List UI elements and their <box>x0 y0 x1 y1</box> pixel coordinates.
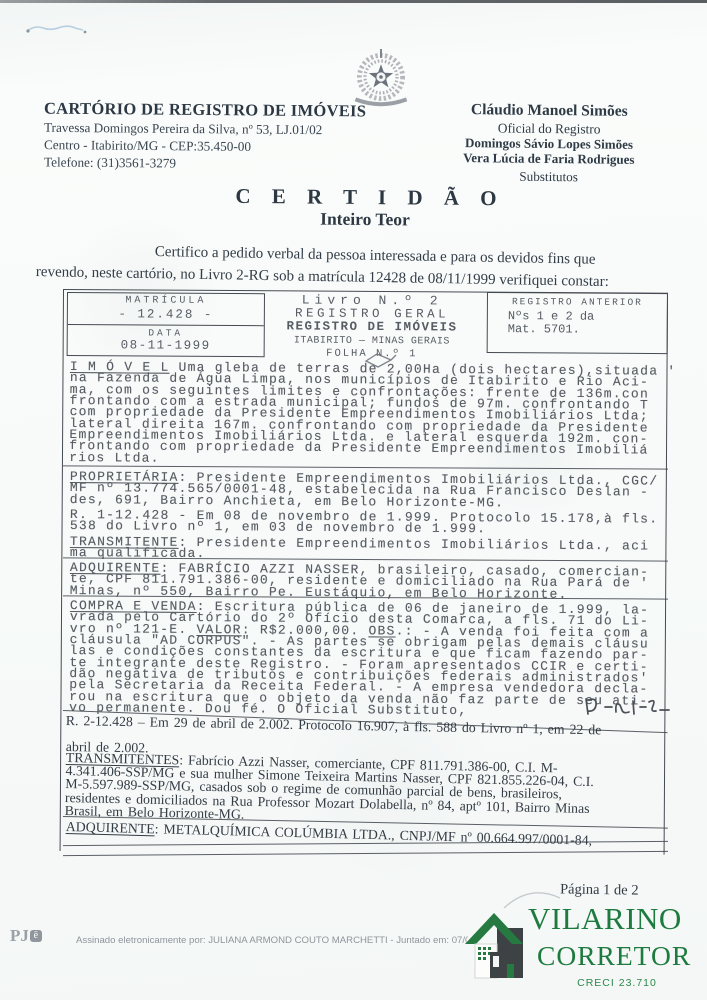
data-cell: DATA 08-11-1999 <box>68 325 264 353</box>
brand-creci: CRECI 23.710 <box>528 977 706 989</box>
cartorio-address-line-1: Travessa Domingos Pereira da Silva, nº 5… <box>44 120 322 138</box>
purchase-sale-section: COMPRA E VENDA: Escritura pública de 06 … <box>69 600 670 718</box>
data-label: DATA <box>68 325 264 339</box>
data-value: 08-11-1999 <box>68 338 264 353</box>
officer-block: Cláudio Manoel Simões Oficial do Registr… <box>415 101 684 187</box>
electronic-signature-note: Assinado eletronicamente por: JULIANA AR… <box>76 935 468 946</box>
pje-e-badge: ē <box>30 930 42 942</box>
registration-1-section: R. 1-12.428 - Em 08 de novembro de 1.999… <box>70 509 670 536</box>
acquirer-section: ADQUIRENTE: FABRÍCIO AZZI NASSER, brasil… <box>70 562 670 601</box>
substitute-name-2: Vera Lúcia de Faria Rodrigues <box>415 150 683 167</box>
matricula-box: MATRÍCULA - 12.428 - DATA 08-11-1999 <box>67 292 265 357</box>
brand-role: CORRETOR <box>537 940 691 972</box>
cartorio-title: CARTÓRIO DE REGISTRO DE IMÓVEIS <box>44 99 366 122</box>
pen-scribble-icon <box>25 20 89 36</box>
certification-intro-line-2: revendo, neste cartório, no Livro 2-RG s… <box>36 264 609 291</box>
brand-name: VILARINO <box>528 901 682 937</box>
page-number: Página 1 de 2 <box>560 881 639 899</box>
cartorio-address-line-2: Centro - Itabirito/MG - CEP:35.450-00 <box>44 137 251 155</box>
officer-name: Cláudio Manoel Simões <box>415 101 683 122</box>
property-description-section: I M Ó V E L Uma gleba de terras de 2,00H… <box>69 361 670 468</box>
cartorio-phone-line: Telefone: (31)3561-3279 <box>44 154 176 171</box>
matricula-value: - 12.428 - <box>68 306 264 322</box>
registro-anterior-box: REGISTRO ANTERIOR Nºs 1 e 2 daMat. 5701. <box>487 292 668 354</box>
pje-logo-icon: PJē <box>10 928 42 943</box>
certification-intro-line-1: Certifico a pedido verbal da pessoa inte… <box>155 244 596 269</box>
registry-book-header: Livro N.º 2 REGISTRO GERAL REGISTRO DE I… <box>258 293 486 360</box>
registro-anterior-label: REGISTRO ANTERIOR <box>488 293 667 308</box>
owner-section: PROPRIETÁRIA: Presidente Empreendimentos… <box>70 471 670 510</box>
scan-top-edge <box>0 0 707 3</box>
registro-anterior-lines: Nºs 1 e 2 daMat. 5701. <box>488 307 667 337</box>
registry-book-line: REGISTRO DE IMÓVEIS <box>258 320 486 335</box>
document-page: CARTÓRIO DE REGISTRO DE IMÓVEIS Travessa… <box>0 0 707 1000</box>
official-signature-icon <box>583 696 671 720</box>
matricula-cell: MATRÍCULA - 12.428 - <box>68 293 264 326</box>
matricula-label: MATRÍCULA <box>68 293 264 307</box>
house-logo-icon <box>463 906 527 982</box>
pje-letters: PJ <box>10 928 29 943</box>
substitutes-label: Substitutos <box>415 168 683 187</box>
